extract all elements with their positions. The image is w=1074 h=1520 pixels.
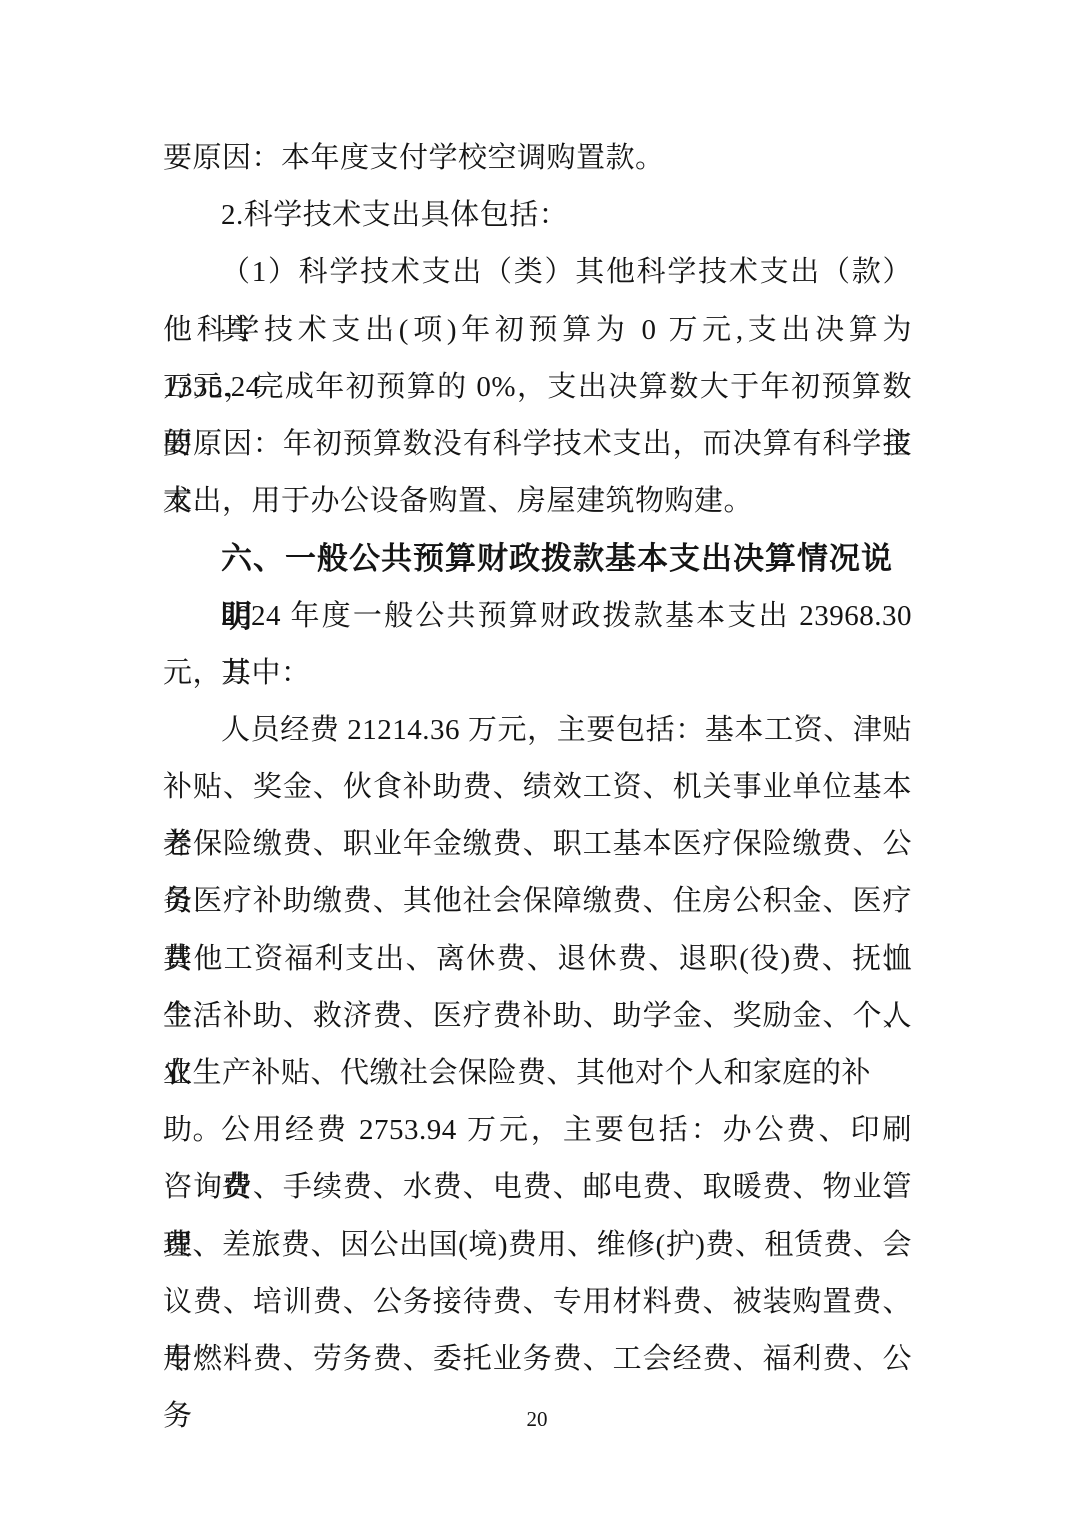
text-line: 员医疗补助缴费、其他社会保障缴费、住房公积金、医疗费、 [163,873,912,930]
text-line: 老保险缴费、职业年金缴费、职工基本医疗保险缴费、公务 [163,816,912,873]
text-line: 要原因：年初预算数没有科学技术支出，而决算有科学技术 [163,416,912,473]
text-line: 元，其中： [163,645,912,702]
text-line: 公用经费 2753.94 万元，主要包括：办公费、印刷费、 [163,1102,912,1159]
document-page: 要原因：本年度支付学校空调购置款。2.科学技术支出具体包括：（1）科学技术支出（… [0,0,1074,1520]
text-line: 要原因：本年度支付学校空调购置款。 [163,130,912,187]
page-number: 20 [0,1404,1074,1434]
paragraph: 2024 年度一般公共预算财政拨款基本支出 23968.30 万元，其中： [163,588,912,702]
text-line: 生活补助、救济费、医疗费补助、助学金、奖励金、个人农 [163,988,912,1045]
paragraph: 2.科学技术支出具体包括： [163,187,912,244]
text-line: 其他工资福利支出、离休费、退休费、退职(役)费、抚恤金、 [163,931,912,988]
paragraph: 公用经费 2753.94 万元，主要包括：办公费、印刷费、咨询费、手续费、水费、… [163,1102,912,1388]
paragraph: （1）科学技术支出（类）其他科学技术支出（款）其他科学技术支出(项)年初预算为 … [163,244,912,530]
text-line: 人员经费 21214.36 万元，主要包括：基本工资、津贴 [163,702,912,759]
text-line: 业生产补贴、代缴社会保险费、其他对个人和家庭的补助。 [163,1045,912,1102]
document-content: 要原因：本年度支付学校空调购置款。2.科学技术支出具体包括：（1）科学技术支出（… [163,130,912,1388]
paragraph: 人员经费 21214.36 万元，主要包括：基本工资、津贴补贴、奖金、伙食补助费… [163,702,912,1102]
text-line: 议费、培训费、公务接待费、专用材料费、被装购置费、专 [163,1274,912,1331]
paragraph: 要原因：本年度支付学校空调购置款。 [163,130,912,187]
text-line: （1）科学技术支出（类）其他科学技术支出（款）其 [163,244,912,301]
text-line: 2024 年度一般公共预算财政拨款基本支出 23968.30 万 [163,588,912,645]
text-line: 2.科学技术支出具体包括： [163,187,912,244]
text-line: 他科学技术支出(项)年初预算为 0 万元,支出决算为 1335.24 [163,302,912,359]
text-line: 用燃料费、劳务费、委托业务费、工会经费、福利费、公务 [163,1331,912,1388]
text-line: 补贴、奖金、伙食补助费、绩效工资、机关事业单位基本养 [163,759,912,816]
text-line: 咨询费、手续费、水费、电费、邮电费、取暖费、物业管理 [163,1159,912,1216]
text-line: 费、差旅费、因公出国(境)费用、维修(护)费、租赁费、会 [163,1217,912,1274]
text-line: 万元，完成年初预算的 0%，支出决算数大于年初预算数的主 [163,359,912,416]
section-heading: 六、一般公共预算财政拨款基本支出决算情况说明 [163,530,912,587]
heading-line: 六、一般公共预算财政拨款基本支出决算情况说明 [163,530,912,587]
text-line: 支出，用于办公设备购置、房屋建筑物购建。 [163,473,912,530]
